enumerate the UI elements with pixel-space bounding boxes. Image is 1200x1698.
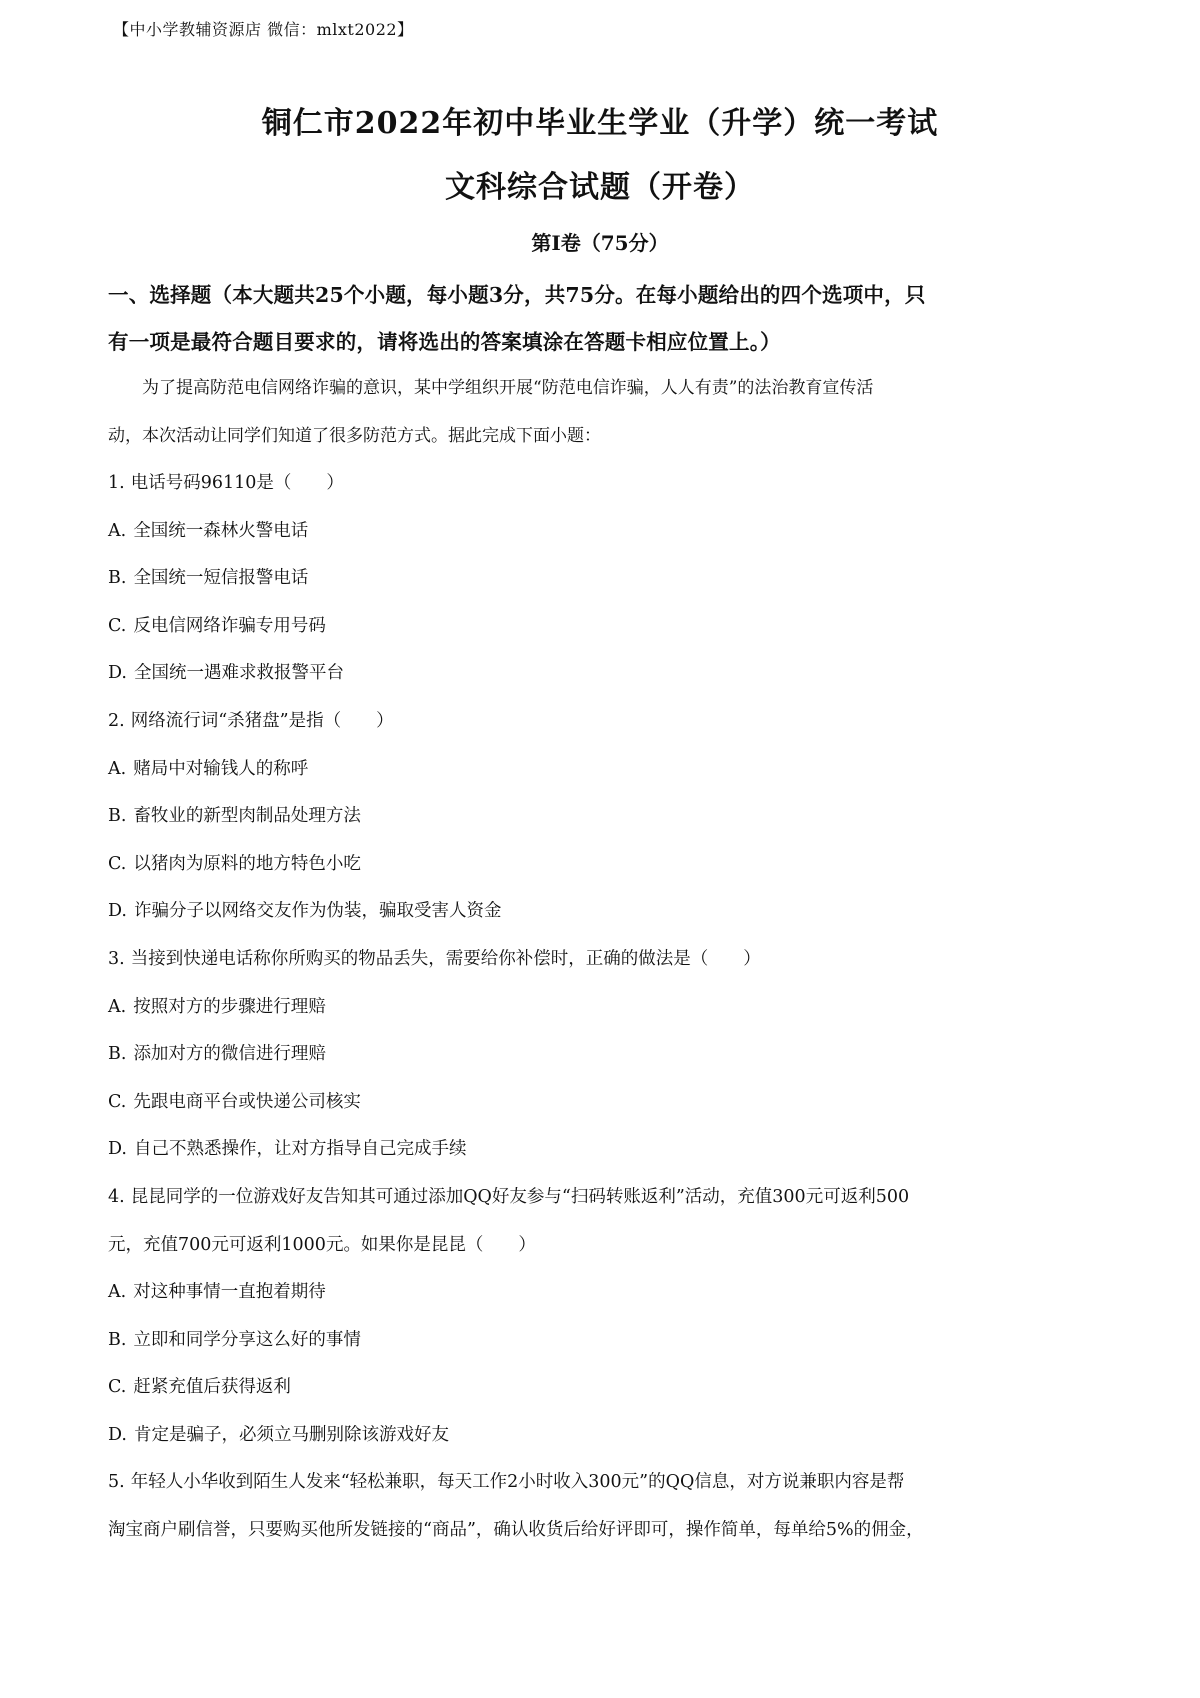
intro-line-2: 动，本次活动让同学们知道了很多防范方式。据此完成下面小题： (108, 412, 1108, 460)
option-text: 先跟电商平台或快递公司核实 (133, 1092, 361, 1112)
option-letter: B. (108, 1317, 126, 1365)
question-text: 当接到快递电话称你所购买的物品丢失，需要给你补偿时，正确的做法是（ ） (131, 949, 761, 969)
option-text: 全国统一遇难求救报警平台 (134, 663, 344, 683)
exam-title: 铜仁市2022年初中毕业生学业（升学）统一考试 (0, 104, 1200, 144)
section-heading-line-2: 有一项是最符合题目要求的，请将选出的答案填涂在答题卡相应位置上。） (108, 319, 1103, 366)
option-letter: D. (108, 650, 127, 698)
part-title: 第Ⅰ卷（75分） (0, 228, 1200, 258)
question-number: 5. (108, 1459, 125, 1507)
question-number: 2. (108, 698, 125, 746)
option-letter: A. (108, 1269, 126, 1317)
watermark-header: 【中小学教辅资源店 微信：mlxt2022】 (113, 18, 414, 42)
option-text: 全国统一短信报警电话 (133, 568, 308, 588)
option-text: 反电信网络诈骗专用号码 (133, 616, 326, 636)
option-a: A.赌局中对输钱人的称呼 (108, 746, 1108, 794)
question-stem: 1.电话号码96110是（ ） (108, 460, 1108, 508)
exam-subtitle: 文科综合试题（开卷） (0, 168, 1200, 208)
option-letter: C. (108, 841, 126, 889)
question-5: 5.年轻人小华收到陌生人发来“轻松兼职，每天工作2小时收入300元”的QQ信息，… (108, 1459, 1108, 1554)
intro-paragraph: 为了提高防范电信网络诈骗的意识，某中学组织开展“防范电信诈骗，人人有责”的法治教… (108, 364, 1108, 460)
option-text: 立即和同学分享这么好的事情 (133, 1330, 361, 1350)
option-b: B.全国统一短信报警电话 (108, 555, 1108, 603)
option-c: C.反电信网络诈骗专用号码 (108, 603, 1108, 651)
option-b: B.添加对方的微信进行理赔 (108, 1031, 1108, 1079)
option-letter: A. (108, 746, 126, 794)
option-text: 赌局中对输钱人的称呼 (133, 759, 308, 779)
question-number: 4. (108, 1174, 125, 1222)
option-a: A.对这种事情一直抱着期待 (108, 1269, 1108, 1317)
option-text: 诈骗分子以网络交友作为伪装，骗取受害人资金 (134, 901, 502, 921)
question-stem: 3.当接到快递电话称你所购买的物品丢失，需要给你补偿时，正确的做法是（ ） (108, 936, 1108, 984)
intro-line-1: 为了提高防范电信网络诈骗的意识，某中学组织开展“防范电信诈骗，人人有责”的法治教… (108, 364, 1108, 412)
option-text: 畜牧业的新型肉制品处理方法 (133, 806, 361, 826)
option-d: D.肯定是骗子，必须立马删别除该游戏好友 (108, 1412, 1108, 1460)
question-text-cont: 淘宝商户刷信誉，只要购买他所发链接的“商品”，确认收货后给好评即可，操作简单，每… (108, 1507, 1108, 1555)
option-text: 全国统一森林火警电话 (133, 521, 308, 541)
question-text: 年轻人小华收到陌生人发来“轻松兼职，每天工作2小时收入300元”的QQ信息，对方… (131, 1472, 905, 1492)
exam-body: 为了提高防范电信网络诈骗的意识，某中学组织开展“防范电信诈骗，人人有责”的法治教… (108, 364, 1108, 1555)
question-text: 电话号码96110是（ ） (131, 473, 344, 493)
option-letter: C. (108, 1079, 126, 1127)
question-stem: 4.昆昆同学的一位游戏好友告知其可通过添加QQ好友参与“扫码转账返利”活动，充值… (108, 1174, 1108, 1222)
option-letter: D. (108, 1412, 127, 1460)
option-letter: D. (108, 888, 127, 936)
option-text: 肯定是骗子，必须立马删别除该游戏好友 (134, 1425, 449, 1445)
section-heading: 一、选择题（本大题共25个小题，每小题3分，共75分。在每小题给出的四个选项中，… (108, 272, 1103, 366)
option-letter: B. (108, 555, 126, 603)
option-text: 按照对方的步骤进行理赔 (133, 997, 326, 1017)
question-stem: 2.网络流行词“杀猪盘”是指（ ） (108, 698, 1108, 746)
question-number: 3. (108, 936, 125, 984)
option-letter: C. (108, 1364, 126, 1412)
question-number: 1. (108, 460, 125, 508)
exam-page: 【中小学教辅资源店 微信：mlxt2022】 铜仁市2022年初中毕业生学业（升… (0, 0, 1200, 1698)
option-letter: B. (108, 793, 126, 841)
question-text: 网络流行词“杀猪盘”是指（ ） (131, 711, 394, 731)
question-text-cont: 元，充值700元可返利1000元。如果你是昆昆（ ） (108, 1222, 1108, 1270)
option-c: C.赶紧充值后获得返利 (108, 1364, 1108, 1412)
option-a: A.全国统一森林火警电话 (108, 508, 1108, 556)
option-letter: D. (108, 1126, 127, 1174)
option-b: B.畜牧业的新型肉制品处理方法 (108, 793, 1108, 841)
option-text: 以猪肉为原料的地方特色小吃 (133, 854, 361, 874)
option-letter: C. (108, 603, 126, 651)
option-d: D.全国统一遇难求救报警平台 (108, 650, 1108, 698)
option-d: D.诈骗分子以网络交友作为伪装，骗取受害人资金 (108, 888, 1108, 936)
question-text: 昆昆同学的一位游戏好友告知其可通过添加QQ好友参与“扫码转账返利”活动，充值30… (131, 1187, 909, 1207)
question-stem-continued: 淘宝商户刷信誉，只要购买他所发链接的“商品”，确认收货后给好评即可，操作简单，每… (108, 1507, 1108, 1555)
question-stem-continued: 元，充值700元可返利1000元。如果你是昆昆（ ） (108, 1222, 1108, 1270)
option-text: 添加对方的微信进行理赔 (133, 1044, 326, 1064)
question-2: 2.网络流行词“杀猪盘”是指（ ） A.赌局中对输钱人的称呼 B.畜牧业的新型肉… (108, 698, 1108, 936)
option-c: C.先跟电商平台或快递公司核实 (108, 1079, 1108, 1127)
option-text: 对这种事情一直抱着期待 (133, 1282, 326, 1302)
question-1: 1.电话号码96110是（ ） A.全国统一森林火警电话 B.全国统一短信报警电… (108, 460, 1108, 698)
option-a: A.按照对方的步骤进行理赔 (108, 984, 1108, 1032)
section-heading-line-1: 一、选择题（本大题共25个小题，每小题3分，共75分。在每小题给出的四个选项中，… (108, 272, 1103, 319)
option-d: D.自己不熟悉操作，让对方指导自己完成手续 (108, 1126, 1108, 1174)
question-stem: 5.年轻人小华收到陌生人发来“轻松兼职，每天工作2小时收入300元”的QQ信息，… (108, 1459, 1108, 1507)
option-text: 自己不熟悉操作，让对方指导自己完成手续 (134, 1139, 467, 1159)
question-3: 3.当接到快递电话称你所购买的物品丢失，需要给你补偿时，正确的做法是（ ） A.… (108, 936, 1108, 1174)
option-text: 赶紧充值后获得返利 (133, 1377, 291, 1397)
option-letter: B. (108, 1031, 126, 1079)
option-c: C.以猪肉为原料的地方特色小吃 (108, 841, 1108, 889)
option-b: B.立即和同学分享这么好的事情 (108, 1317, 1108, 1365)
option-letter: A. (108, 984, 126, 1032)
question-4: 4.昆昆同学的一位游戏好友告知其可通过添加QQ好友参与“扫码转账返利”活动，充值… (108, 1174, 1108, 1460)
option-letter: A. (108, 508, 126, 556)
